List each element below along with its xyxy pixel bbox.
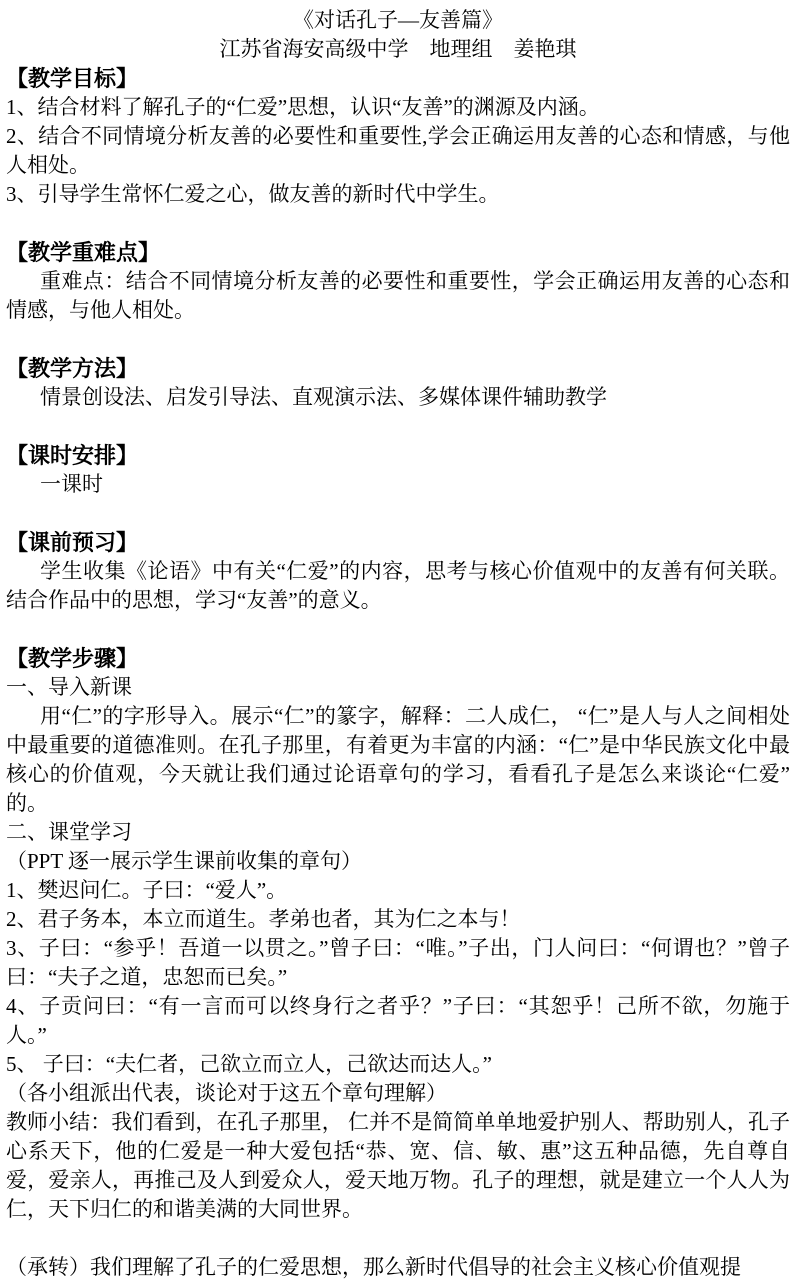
quote-item-5: 5、 子曰：“夫仁者，己欲立而立人，己欲达而达人。” [6, 1050, 790, 1079]
section-heading-steps: 【教学步骤】 [6, 644, 790, 673]
doc-title: 《对话孔子—友善篇》 [6, 6, 790, 35]
objectives-item-2: 2、结合不同情境分析友善的必要性和重要性,学会正确运用友善的心态和情感，与他人相… [6, 122, 790, 180]
document-page: 《对话孔子—友善篇》 江苏省海安高级中学 地理组 姜艳琪 【教学目标】 1、结合… [0, 0, 800, 1287]
section-gap [6, 325, 790, 354]
steps-ppt-note: （PPT 逐一展示学生课前收集的章句） [6, 847, 790, 876]
teacher-summary-para: 教师小结：我们看到，在孔子那里， 仁并不是简简单单地爱护别人、帮助别人，孔子心系… [6, 1108, 790, 1224]
section-heading-methods: 【教学方法】 [6, 354, 790, 383]
section-gap [6, 615, 790, 644]
section-gap [6, 209, 790, 238]
quote-item-2: 2、君子务本，本立而道生。孝弟也者，其为仁之本与！ [6, 905, 790, 934]
doc-byline: 江苏省海安高级中学 地理组 姜艳琪 [6, 35, 790, 64]
section-gap [6, 412, 790, 441]
steps-part2-title: 二、课堂学习 [6, 818, 790, 847]
quote-item-1: 1、樊迟问仁。子曰：“爱人”。 [6, 876, 790, 905]
section-heading-key-points: 【教学重难点】 [6, 238, 790, 267]
section-heading-objectives: 【教学目标】 [6, 64, 790, 93]
schedule-para: 一课时 [6, 470, 790, 499]
group-discussion-note: （各小组派出代表，谈论对于这五个章句理解） [6, 1079, 790, 1108]
section-heading-preview: 【课前预习】 [6, 528, 790, 557]
methods-para: 情景创设法、启发引导法、直观演示法、多媒体课件辅助教学 [6, 383, 790, 412]
quote-item-3: 3、子曰：“参乎！吾道一以贯之。”曾子曰：“唯。”子出，门人问曰：“何谓也？”曾… [6, 934, 790, 992]
transition-para: （承转）我们理解了孔子的仁爱思想，那么新时代倡导的社会主义核心价值观提 [6, 1253, 790, 1282]
section-gap [6, 499, 790, 528]
section-gap [6, 1224, 790, 1253]
steps-intro-para: 用“仁”的字形导入。展示“仁”的篆字，解释：二人成仁， “仁”是人与人之间相处中… [6, 702, 790, 818]
objectives-item-1: 1、结合材料了解孔子的“仁爱”思想，认识“友善”的渊源及内涵。 [6, 93, 790, 122]
key-points-para: 重难点：结合不同情境分析友善的必要性和重要性，学会正确运用友善的心态和情感，与他… [6, 267, 790, 325]
section-heading-schedule: 【课时安排】 [6, 441, 790, 470]
preview-para: 学生收集《论语》中有关“仁爱”的内容，思考与核心价值观中的友善有何关联。结合作品… [6, 557, 790, 615]
steps-part1-title: 一、导入新课 [6, 673, 790, 702]
objectives-item-3: 3、引导学生常怀仁爱之心，做友善的新时代中学生。 [6, 180, 790, 209]
quote-item-4: 4、子贡问曰：“有一言而可以终身行之者乎？”子曰：“其恕乎！己所不欲，勿施于人。… [6, 992, 790, 1050]
